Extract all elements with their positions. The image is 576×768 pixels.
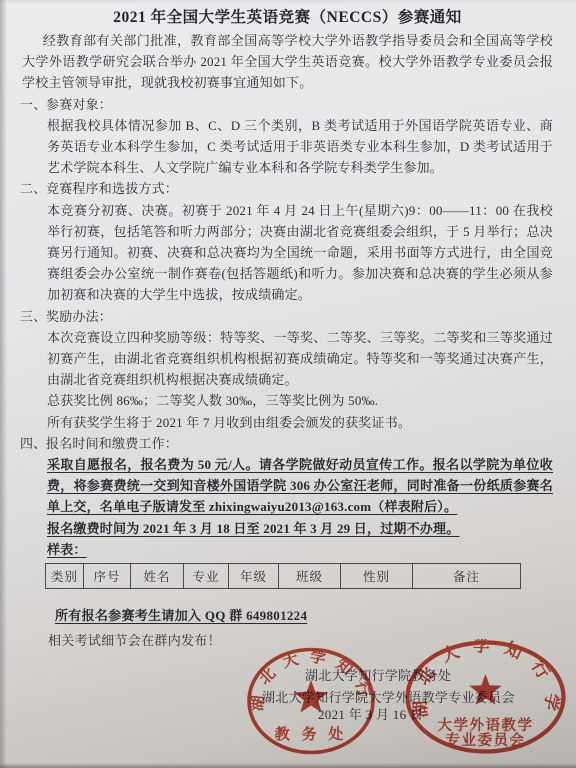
col-class: 班级: [279, 564, 341, 589]
stamp-label-line1: 大学外语教学: [438, 716, 534, 734]
col-name: 姓名: [131, 564, 184, 589]
table-header-row: 类别 序号 姓名 专业 年级 班级 性别 备注: [46, 564, 521, 589]
star-icon: [294, 680, 328, 713]
section-1-title: 参赛对象：: [46, 97, 112, 112]
section-4-number: 四、: [20, 433, 46, 454]
star-icon: [469, 674, 501, 705]
col-remarks: 备注: [413, 564, 521, 589]
col-gender: 性别: [341, 564, 413, 589]
col-major: 专业: [184, 564, 229, 589]
section-1-heading: 一、参赛对象：: [22, 94, 553, 115]
document-page: 2021 年全国大学生英语竞赛（NECCS）参赛通知 经教育部有关部门批准，教育…: [0, 0, 576, 768]
section-2-paragraph: 本竞赛分初赛、决赛。初赛于 2021 年 4 月 24 日上午(星期六)9：00…: [47, 200, 553, 306]
section-4-paragraph-2: 报名缴费时间为 2021 年 3 月 18 日至 2021 年 3 月 29 日…: [47, 518, 553, 539]
page-title: 2021 年全国大学生英语竞赛（NECCS）参赛通知: [22, 6, 553, 30]
col-serial-number: 序号: [84, 564, 131, 589]
intro-paragraph: 经教育部有关部门批准，教育部全国高等学校大学外语教学指导委员会和全国高等学校大学…: [22, 30, 553, 94]
section-3-number: 三、: [20, 306, 46, 327]
stamp-label: 教 务 处: [275, 725, 348, 743]
section-4-heading: 四、报名时间和缴费工作：: [22, 433, 553, 454]
col-grade: 年级: [229, 564, 279, 589]
section-4-title: 报名时间和缴费工作：: [46, 436, 178, 451]
official-stamp-committee: 湖北大学知行学院 大学外语教学 专业委员会: [404, 639, 568, 756]
section-4-paragraph-1: 采取自愿报名，报名费为 50 元/人。请各学院做好动员宣传工作。报名以学院为单位…: [47, 454, 553, 518]
section-1-paragraph: 根据我校具体情况参加 B、C、D 三个类别，B 类考试适用于外国语学院英语专业、…: [47, 115, 553, 179]
official-stamp-jiaowuchu: 湖北大学知行学院 教 务 处: [245, 646, 378, 758]
section-1-number: 一、: [20, 94, 46, 115]
section-2-title: 竞赛程序和选拔方式：: [46, 181, 178, 196]
qq-group-note: 所有报名参赛考生请加入 QQ 群 649801224: [55, 605, 553, 624]
section-3-paragraph-2: 总获奖比例 86‰；二等奖人数 30‰，三等奖比例为 50‰.: [47, 390, 553, 411]
document-content: 2021 年全国大学生英语竞赛（NECCS）参赛通知 经教育部有关部门批准，教育…: [22, 6, 553, 649]
section-3-title: 奖励办法：: [46, 309, 112, 324]
section-3-heading: 三、奖励办法：: [22, 306, 553, 327]
section-2-heading: 二、竞赛程序和选拔方式：: [22, 178, 553, 199]
sample-registration-table: 类别 序号 姓名 专业 年级 班级 性别 备注: [45, 563, 521, 589]
section-3-paragraph-1: 本次竞赛设立四种奖励等级：特等奖、一等奖、二等奖、三等奖。二等奖和三等奖通过初赛…: [47, 327, 553, 391]
stamp-label-line2: 专业委员会: [446, 731, 526, 749]
sample-table-label: 样表：: [47, 539, 553, 560]
col-category: 类别: [46, 564, 84, 589]
section-3-paragraph-3: 所有获奖学生将于 2021 年 7 月收到由组委会颁发的获奖证书。: [47, 412, 553, 433]
section-2-number: 二、: [20, 178, 46, 199]
